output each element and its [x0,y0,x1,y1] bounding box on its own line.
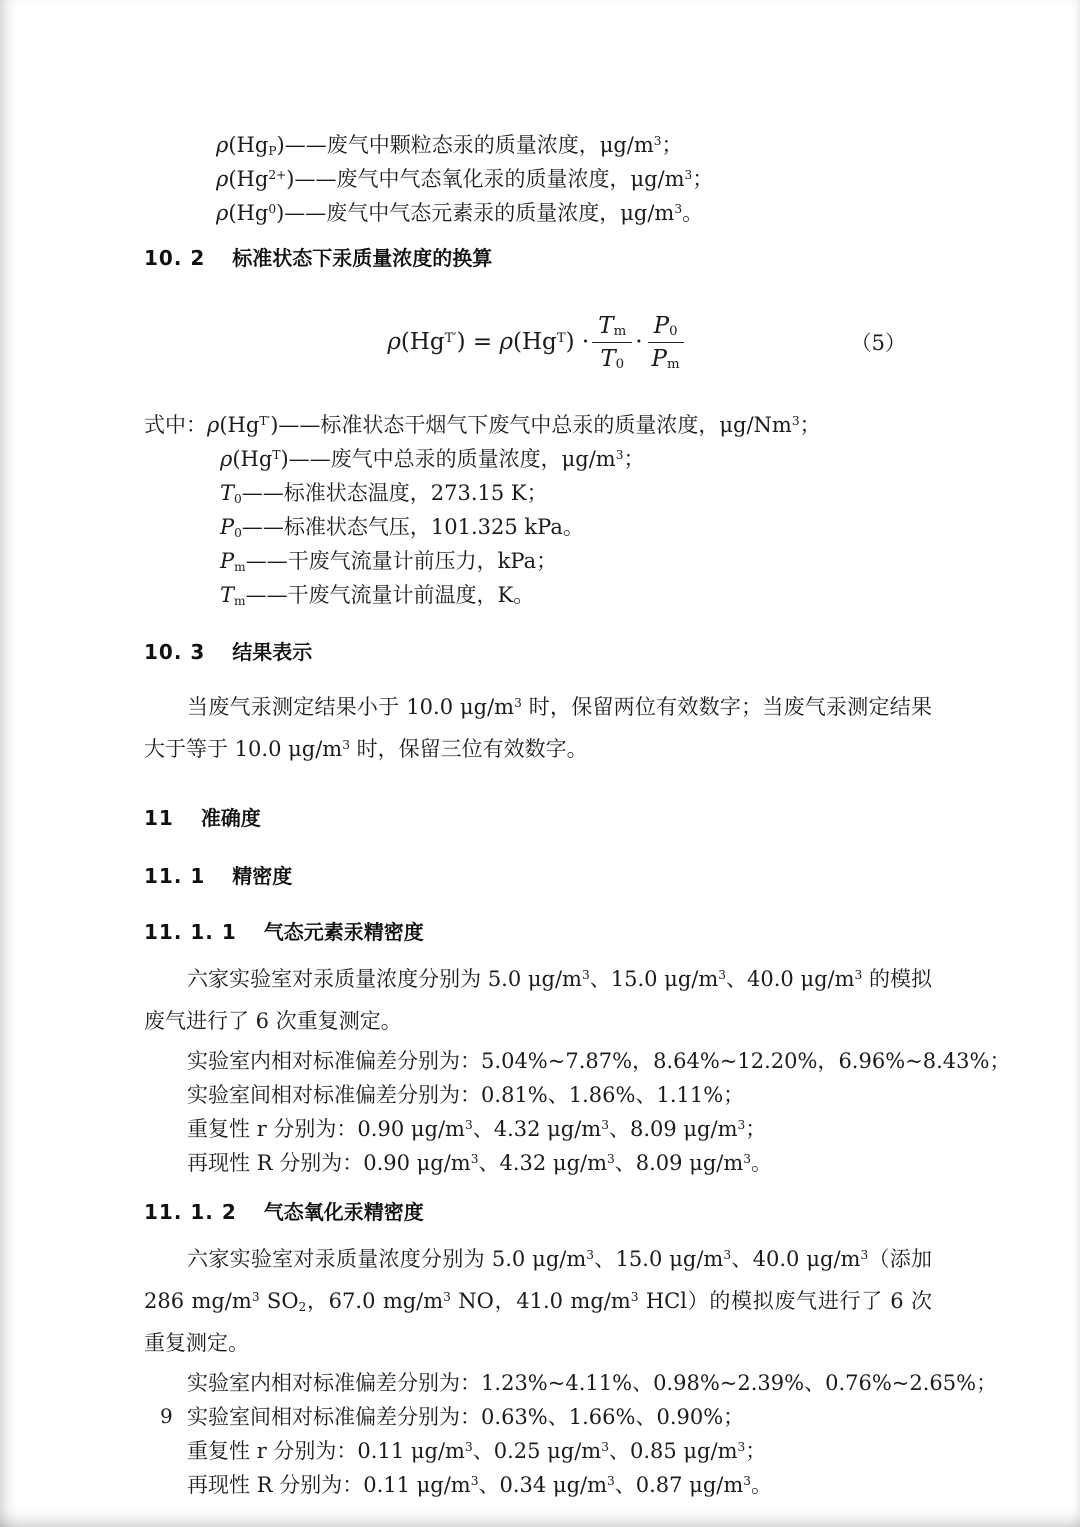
precision-stat-line: 重复性 r 分别为：0.90 μg/m3、4.32 μg/m3、8.09 μg/… [144,1112,932,1146]
term-definition-line: ρ(HgT)——废气中总汞的质量浓度，μg/m3； [144,442,932,476]
section-title: 气态元素汞精密度 [264,920,424,944]
section-number: 10. 2 [144,246,205,270]
section-title: 准确度 [201,806,261,830]
fraction-denominator: Pm [646,343,686,372]
term-definition-line: Pm——干废气流量计前压力，kPa； [144,544,932,578]
result-expression-paragraph: 当废气汞测定结果小于 10.0 μg/m3 时，保留两位有效数字；当废气汞测定结… [144,686,932,770]
fraction-numerator: Tm [592,313,632,343]
precision-stat-line: 实验室内相对标准偏差分别为：5.04%~7.87%，8.64%~12.20%，6… [144,1044,932,1078]
equation-number: （5） [851,327,906,357]
formula-term-definitions: 式中：ρ(HgT′)——标准状态干烟气下废气中总汞的质量浓度，μg/Nm3； ρ… [144,408,932,612]
section-heading-10-2: 10. 2 标准状态下汞质量浓度的换算 [144,244,932,272]
section-heading-11-1: 11. 1 精密度 [144,862,932,890]
section-heading-11: 11 准确度 [144,804,932,832]
variable-definition-line: ρ(HgP)——废气中颗粒态汞的质量浓度，μg/m3； [144,128,932,162]
term-definition-line: P0——标准状态气压，101.325 kPa。 [144,510,932,544]
section-number: 11. 1. 1 [144,920,237,944]
precision-stat-line: 实验室内相对标准偏差分别为：1.23%~4.11%、0.98%~2.39%、0.… [144,1366,932,1400]
section-heading-11-1-2: 11. 1. 2 气态氧化汞精密度 [144,1198,932,1226]
equation-5-row: ρ(HgT′) = ρ(HgT) · Tm T0 · P0 Pm （5） [144,300,932,384]
fraction-p0-pm: P0 Pm [646,313,686,372]
fraction-tm-t0: Tm T0 [592,313,632,372]
section-number: 11. 1 [144,864,205,888]
oxidized-mercury-precision-paragraph: 六家实验室对汞质量浓度分别为 5.0 μg/m3、15.0 μg/m3、40.0… [144,1238,932,1364]
section-title: 标准状态下汞质量浓度的换算 [232,246,492,270]
section-number: 11. 1. 2 [144,1200,237,1224]
formula-lhs: ρ(HgT′) = ρ(HgT) · [387,329,589,355]
term-definition-line: Tm——干废气流量计前温度，K。 [144,578,932,612]
fraction-numerator: P0 [648,313,684,343]
section-title: 气态氧化汞精密度 [264,1200,424,1224]
fraction-denominator: T0 [594,343,630,372]
term-definition-line: T0——标准状态温度，273.15 K； [144,476,932,510]
precision-stat-line: 实验室间相对标准偏差分别为：0.63%、1.66%、0.90%； [144,1400,932,1434]
section-heading-11-1-1: 11. 1. 1 气态元素汞精密度 [144,918,932,946]
precision-stat-line: 再现性 R 分别为：0.11 μg/m3、0.34 μg/m3、0.87 μg/… [144,1468,932,1502]
section-heading-10-3: 10. 3 结果表示 [144,638,932,666]
variable-definition-line: ρ(Hg2+)——废气中气态氧化汞的质量浓度，μg/m3； [144,162,932,196]
precision-stat-line: 实验室间相对标准偏差分别为：0.81%、1.86%、1.11%； [144,1078,932,1112]
section-number: 11 [144,806,174,830]
section-title: 结果表示 [232,640,312,664]
section-title: 精密度 [232,864,292,888]
document-page: ρ(HgP)——废气中颗粒态汞的质量浓度，μg/m3；ρ(Hg2+)——废气中气… [0,0,1080,1527]
elemental-mercury-precision-paragraph: 六家实验室对汞质量浓度分别为 5.0 μg/m3、15.0 μg/m3、40.0… [144,958,932,1042]
precision-stat-line: 再现性 R 分别为：0.90 μg/m3、4.32 μg/m3、8.09 μg/… [144,1146,932,1180]
precision-stat-line: 重复性 r 分别为：0.11 μg/m3、0.25 μg/m3、0.85 μg/… [144,1434,932,1468]
oxidized-mercury-precision-stats: 实验室内相对标准偏差分别为：1.23%~4.11%、0.98%~2.39%、0.… [144,1366,932,1502]
variable-definitions-top: ρ(HgP)——废气中颗粒态汞的质量浓度，μg/m3；ρ(Hg2+)——废气中气… [144,128,932,230]
page-number: 9 [160,1404,173,1428]
term-definition-lines: ρ(HgT)——废气中总汞的质量浓度，μg/m3；T0——标准状态温度，273.… [144,442,932,612]
term-definition-intro-line: 式中：ρ(HgT′)——标准状态干烟气下废气中总汞的质量浓度，μg/Nm3； [144,408,932,442]
multiplication-dot: · [635,329,642,355]
formula-expression: ρ(HgT′) = ρ(HgT) · Tm T0 · P0 Pm [387,300,688,384]
section-number: 10. 3 [144,640,205,664]
variable-definition-line: ρ(Hg0)——废气中气态元素汞的质量浓度，μg/m3。 [144,196,932,230]
elemental-mercury-precision-stats: 实验室内相对标准偏差分别为：5.04%~7.87%，8.64%~12.20%，6… [144,1044,932,1180]
